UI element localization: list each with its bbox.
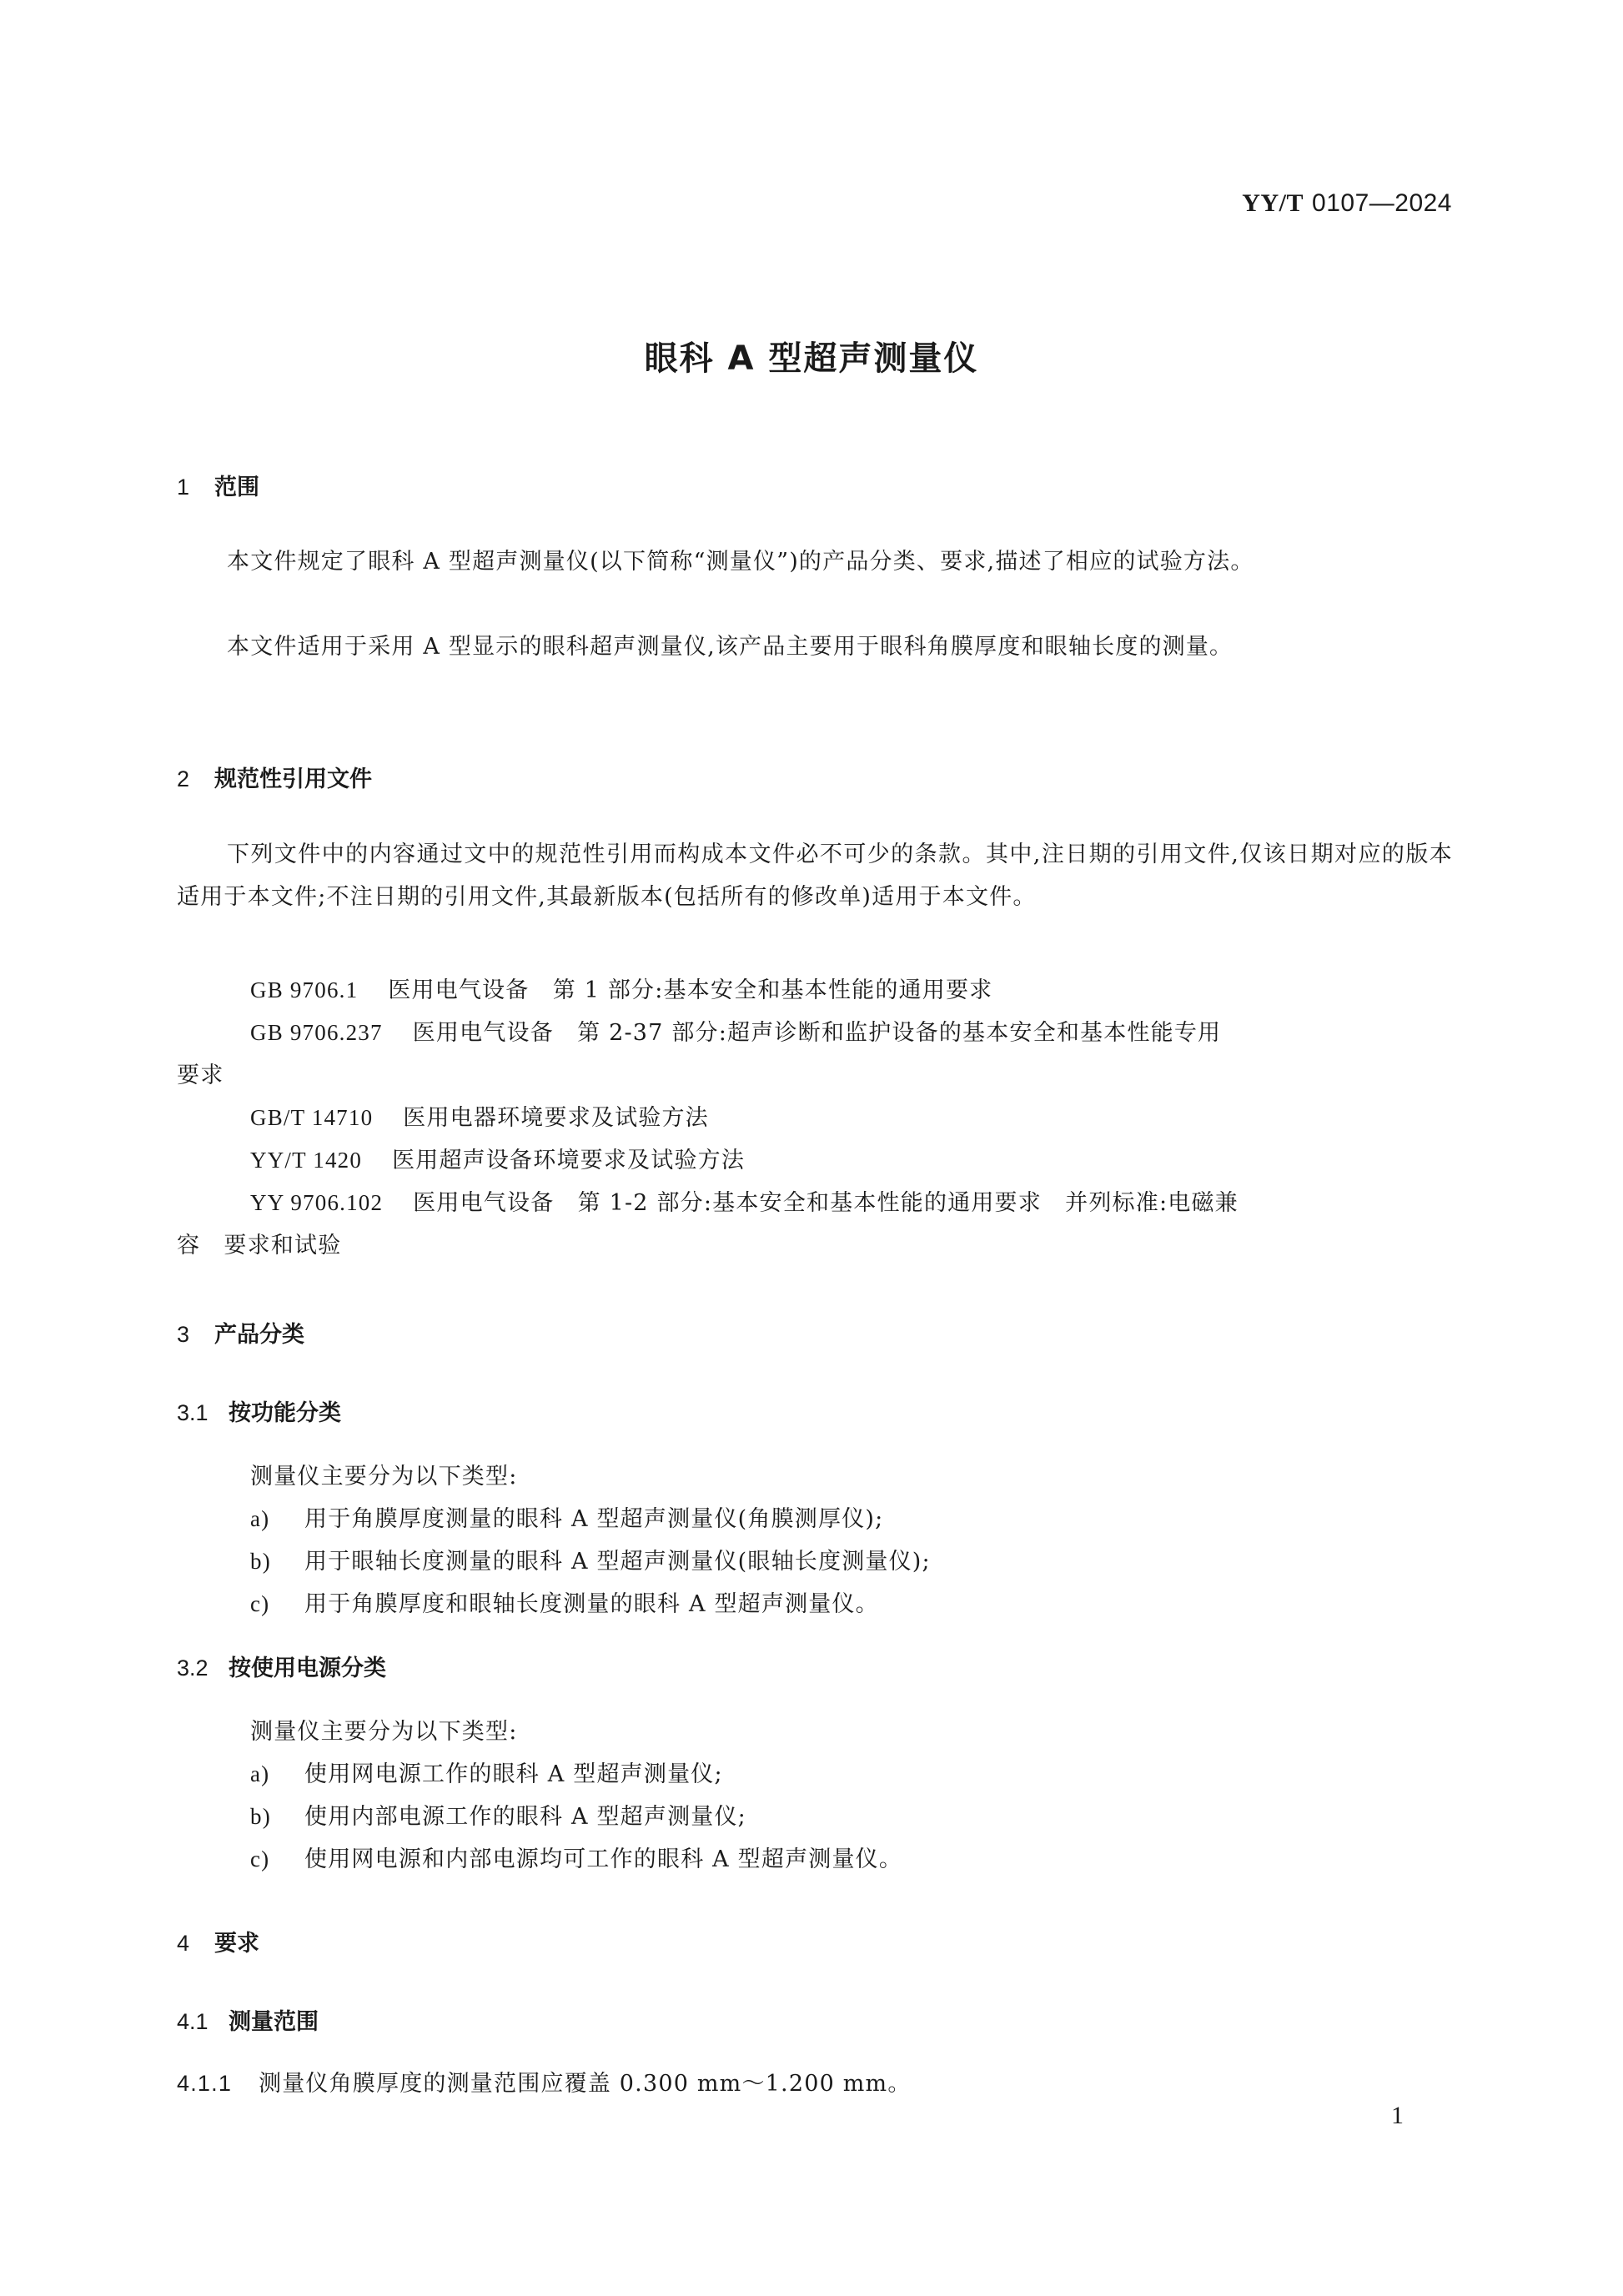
reference-title: 医用电气设备 第 1-2 部分:基本安全和基本性能的通用要求 并列标准:电磁兼 — [413, 1190, 1239, 1216]
list-item: c)使用网电源和内部电源均可工作的眼科 A 型超声测量仪。 — [250, 1841, 902, 1873]
list-item-text: 使用网电源和内部电源均可工作的眼科 A 型超声测量仪。 — [304, 1846, 902, 1872]
list-intro: 测量仪主要分为以下类型: — [250, 1458, 518, 1490]
subsection-number: 4.1 — [177, 2009, 229, 2035]
reference-title: 医用电气设备 第 1 部分:基本安全和基本性能的通用要求 — [388, 977, 992, 1003]
reference-code: GB 9706.237 — [250, 1020, 383, 1045]
section-title: 要求 — [214, 1931, 259, 1957]
clause-text: 测量仪角膜厚度的测量范围应覆盖 0.300 mm～1.200 mm。 — [259, 2071, 912, 2097]
reference-code: YY/T 1420 — [250, 1148, 362, 1173]
section-title: 规范性引用文件 — [214, 766, 372, 792]
list-item-text: 使用网电源工作的眼科 A 型超声测量仪; — [304, 1761, 723, 1787]
reference-continuation: 容 要求和试验 — [177, 1227, 341, 1259]
reference-item: GB 9706.237医用电气设备 第 2-37 部分:超声诊断和监护设备的基本… — [250, 1014, 1221, 1047]
standard-number: 0107—2024 — [1312, 189, 1452, 217]
subsection-title: 按使用电源分类 — [229, 1655, 386, 1681]
reference-item: GB/T 14710医用电器环境要求及试验方法 — [250, 1099, 709, 1132]
section-title: 范围 — [214, 475, 259, 500]
standard-prefix: YY/T — [1242, 189, 1304, 217]
list-intro: 测量仪主要分为以下类型: — [250, 1713, 518, 1746]
paragraph: 本文件适用于采用 A 型显示的眼科超声测量仪,该产品主要用于眼科角膜厚度和眼轴长… — [177, 625, 1453, 668]
subsection-title: 按功能分类 — [229, 1400, 341, 1426]
list-marker: b) — [250, 1804, 304, 1830]
section-number: 3 — [177, 1322, 214, 1348]
list-item-text: 用于角膜厚度测量的眼科 A 型超声测量仪(角膜测厚仪); — [304, 1506, 883, 1532]
section-number: 1 — [177, 475, 214, 500]
subsection-number: 3.1 — [177, 1400, 229, 1426]
subsection-heading-3-1: 3.1按功能分类 — [177, 1394, 341, 1427]
section-heading-3: 3产品分类 — [177, 1316, 304, 1349]
list-item: b)用于眼轴长度测量的眼科 A 型超声测量仪(眼轴长度测量仪); — [250, 1543, 931, 1575]
list-item: b)使用内部电源工作的眼科 A 型超声测量仪; — [250, 1798, 746, 1831]
list-marker: c) — [250, 1591, 304, 1617]
standard-code: YY/T 0107—2024 — [1242, 188, 1452, 218]
reference-code: YY 9706.102 — [250, 1190, 383, 1215]
reference-item: GB 9706.1医用电气设备 第 1 部分:基本安全和基本性能的通用要求 — [250, 972, 992, 1004]
list-item: c)用于角膜厚度和眼轴长度测量的眼科 A 型超声测量仪。 — [250, 1585, 879, 1618]
page-number: 1 — [1391, 2102, 1404, 2130]
reference-title: 医用超声设备环境要求及试验方法 — [392, 1148, 745, 1173]
section-number: 4 — [177, 1931, 214, 1957]
list-item-text: 用于眼轴长度测量的眼科 A 型超声测量仪(眼轴长度测量仪); — [304, 1549, 931, 1575]
section-number: 2 — [177, 766, 214, 792]
clause: 4.1.1测量仪角膜厚度的测量范围应覆盖 0.300 mm～1.200 mm。 — [177, 2065, 912, 2098]
paragraph: 本文件规定了眼科 A 型超声测量仪(以下简称“测量仪”)的产品分类、要求,描述了… — [177, 540, 1453, 583]
reference-title: 医用电气设备 第 2-37 部分:超声诊断和监护设备的基本安全和基本性能专用 — [413, 1020, 1222, 1046]
reference-item: YY/T 1420医用超声设备环境要求及试验方法 — [250, 1142, 745, 1174]
document-page: YY/T 0107—2024 眼科 A 型超声测量仪 1范围 本文件规定了眼科 … — [0, 0, 1623, 2296]
list-item: a)用于角膜厚度测量的眼科 A 型超声测量仪(角膜测厚仪); — [250, 1500, 883, 1533]
reference-code: GB 9706.1 — [250, 977, 358, 1002]
section-heading-2: 2规范性引用文件 — [177, 761, 372, 793]
paragraph: 下列文件中的内容通过文中的规范性引用而构成本文件必不可少的条款。其中,注日期的引… — [177, 833, 1453, 918]
list-marker: c) — [250, 1846, 304, 1872]
reference-code: GB/T 14710 — [250, 1105, 373, 1130]
list-marker: a) — [250, 1506, 304, 1532]
section-heading-4: 4要求 — [177, 1925, 259, 1957]
subsection-title: 测量范围 — [229, 2009, 319, 2035]
clause-number: 4.1.1 — [177, 2071, 259, 2097]
list-marker: b) — [250, 1549, 304, 1575]
subsection-number: 3.2 — [177, 1655, 229, 1681]
reference-title: 医用电器环境要求及试验方法 — [403, 1105, 709, 1131]
subsection-heading-3-2: 3.2按使用电源分类 — [177, 1650, 386, 1682]
reference-item: YY 9706.102医用电气设备 第 1-2 部分:基本安全和基本性能的通用要… — [250, 1184, 1239, 1217]
list-marker: a) — [250, 1761, 304, 1787]
subsection-heading-4-1: 4.1测量范围 — [177, 2003, 319, 2036]
section-heading-1: 1范围 — [177, 469, 259, 501]
section-title: 产品分类 — [214, 1322, 304, 1348]
document-title: 眼科 A 型超声测量仪 — [0, 332, 1623, 379]
reference-continuation: 要求 — [177, 1057, 224, 1089]
list-item: a)使用网电源工作的眼科 A 型超声测量仪; — [250, 1756, 723, 1788]
list-item-text: 用于角膜厚度和眼轴长度测量的眼科 A 型超声测量仪。 — [304, 1591, 879, 1617]
list-item-text: 使用内部电源工作的眼科 A 型超声测量仪; — [304, 1804, 746, 1830]
